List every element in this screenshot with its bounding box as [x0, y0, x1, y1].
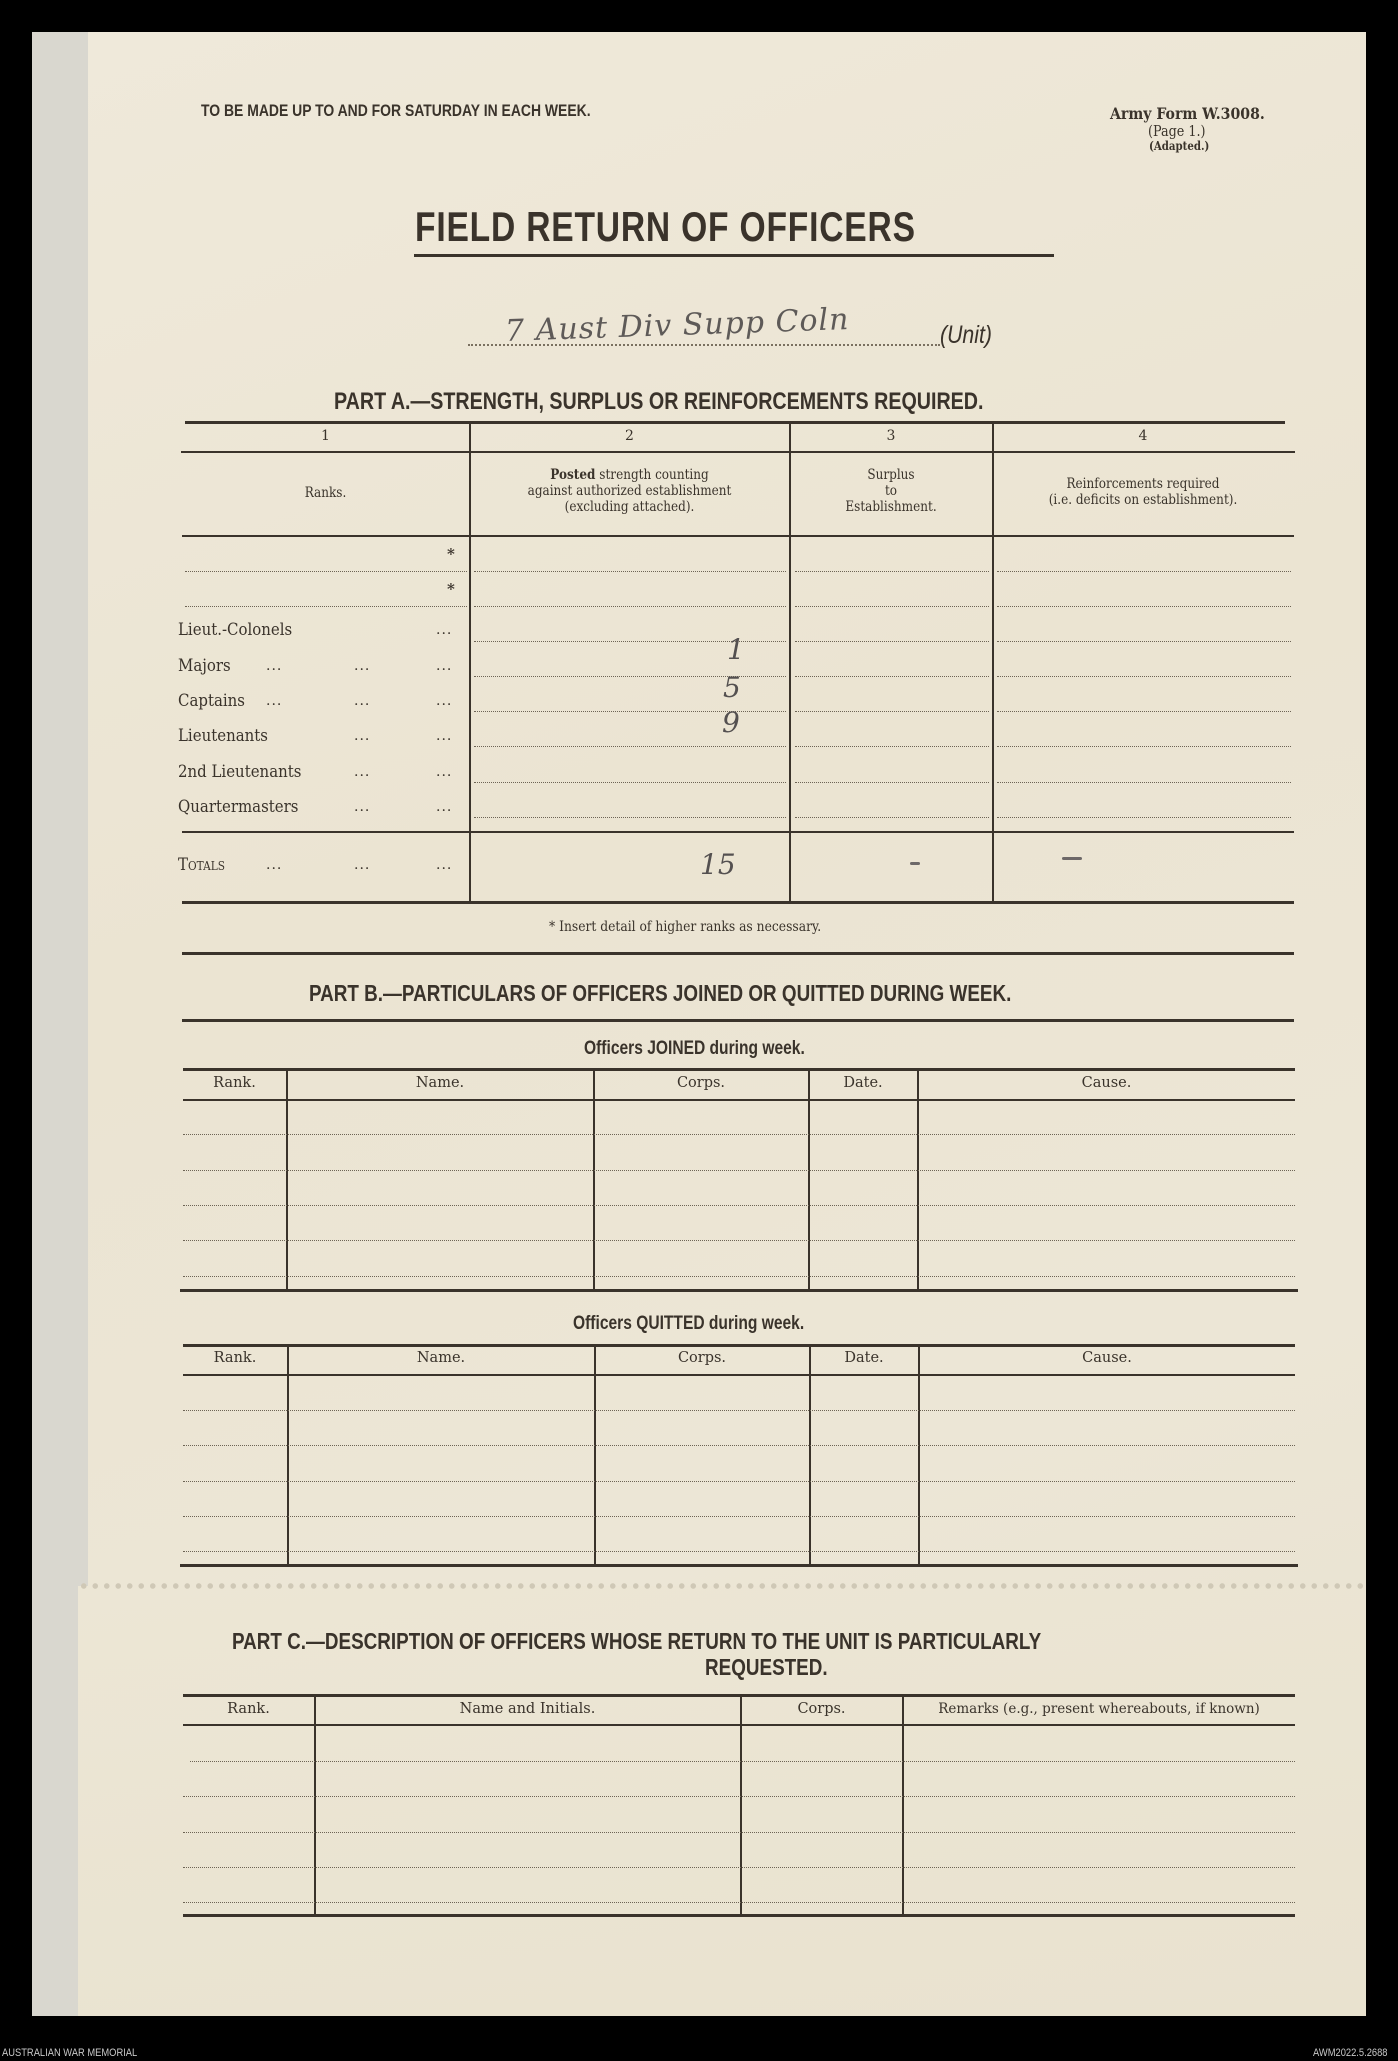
col-header-corps: Corps.: [595, 1350, 809, 1366]
rank-label: Captains: [178, 691, 245, 711]
posted-majors[interactable]: 1: [727, 633, 745, 666]
posted-total[interactable]: 15: [700, 848, 736, 881]
col-number-3: 3: [790, 428, 992, 444]
entry-line[interactable]: [183, 1796, 1295, 1797]
posted-captains[interactable]: 5: [723, 671, 741, 704]
rank-label: 2nd Lieutenants: [178, 762, 301, 782]
col-header-cause: Cause.: [919, 1350, 1295, 1366]
col-header-rank: Rank.: [183, 1350, 287, 1366]
quitted-heading: Officers QUITTED during week.: [573, 1313, 804, 1335]
col-header-rank: Rank.: [183, 1075, 286, 1091]
totals-label: Totals: [178, 855, 225, 875]
col-header-date: Date.: [810, 1350, 918, 1366]
col-header-name-initials: Name and Initials.: [315, 1701, 740, 1717]
rank-label: Majors: [178, 656, 231, 676]
rank-label: Lieut.-Colonels: [178, 620, 292, 640]
reinforcements-total-dash: [1062, 857, 1082, 860]
col-header-corps: Corps.: [741, 1701, 902, 1717]
archive-credit: AUSTRALIAN WAR MEMORIAL: [2, 2047, 137, 2059]
form-adapted-note: (Adapted.): [1149, 139, 1209, 153]
part-a-heading: PART A.—STRENGTH, SURPLUS OR REINFORCEME…: [334, 388, 983, 416]
surplus-total-dash: [910, 862, 920, 865]
part-c-heading-line1: PART C.—DESCRIPTION OF OFFICERS WHOSE RE…: [232, 1628, 1041, 1655]
col-header-cause: Cause.: [918, 1075, 1295, 1091]
entry-line[interactable]: [190, 1761, 1295, 1762]
entry-line[interactable]: [183, 1170, 1295, 1171]
rule: [182, 535, 1294, 537]
entry-line[interactable]: [183, 1134, 1295, 1135]
entry-line[interactable]: [183, 1205, 1295, 1206]
col-header-surplus: Surplus to Establishment.: [804, 467, 978, 515]
entry-line[interactable]: [183, 1240, 1295, 1241]
joined-heading: Officers JOINED during week.: [584, 1038, 805, 1060]
entry-line[interactable]: [183, 1516, 1295, 1517]
unit-field-line: [468, 344, 940, 346]
entry-line[interactable]: [183, 1481, 1295, 1482]
higher-rank-marker: *: [447, 545, 455, 563]
part-c-heading-line2: REQUESTED.: [705, 1654, 828, 1681]
rule: [182, 831, 1294, 833]
archive-id: AWM2022.5.2688: [1313, 2047, 1388, 2059]
top-instruction: TO BE MADE UP TO AND FOR SATURDAY IN EAC…: [201, 101, 591, 121]
part-b-heading: PART B.—PARTICULARS OF OFFICERS JOINED O…: [309, 980, 1011, 1007]
col-header-rank: Rank.: [183, 1701, 314, 1717]
col-header-remarks: Remarks (e.g., present whereabouts, if k…: [903, 1701, 1295, 1717]
col-header-date: Date.: [809, 1075, 917, 1091]
entry-line[interactable]: [183, 1867, 1295, 1868]
page-title: FIELD RETURN OF OFFICERS: [415, 203, 916, 251]
form-page: (Page 1.): [1148, 122, 1205, 140]
entry-line[interactable]: [183, 1445, 1295, 1446]
entry-line[interactable]: [183, 1410, 1295, 1411]
entry-line[interactable]: [183, 1551, 1295, 1552]
col-header-corps: Corps.: [594, 1075, 808, 1091]
rule: [185, 421, 1285, 424]
col-header-name: Name.: [287, 1075, 593, 1091]
col-header-name: Name.: [288, 1350, 594, 1366]
form-number: Army Form W.3008.: [1110, 104, 1265, 123]
entry-line[interactable]: [183, 1902, 1295, 1903]
section-rule: [182, 952, 1294, 955]
rank-label: Lieutenants: [178, 726, 268, 746]
col-divider: [992, 421, 994, 903]
unit-field-label: (Unit): [940, 321, 992, 350]
section-rule: [182, 1019, 1294, 1022]
rule: [182, 901, 1294, 904]
col-number-4: 4: [993, 428, 1293, 444]
rank-label: Quartermasters: [178, 797, 298, 817]
col-number-2: 2: [470, 428, 789, 444]
col-divider: [789, 421, 791, 903]
posted-lieutenants[interactable]: 9: [722, 706, 740, 739]
title-underline: [414, 254, 1054, 257]
higher-rank-marker: *: [447, 580, 455, 598]
col-header-reinforcements: Reinforcements required (i.e. deficits o…: [1014, 476, 1272, 508]
posted-bold: Posted: [550, 467, 595, 483]
entry-line[interactable]: [183, 1276, 1295, 1277]
col-header-posted: Posted strength counting against authori…: [492, 467, 766, 515]
entry-line[interactable]: [183, 1832, 1295, 1833]
perforation-line: [78, 1582, 1366, 1590]
col-number-1: 1: [182, 428, 469, 444]
footnote: * Insert detail of higher ranks as neces…: [549, 919, 821, 935]
rule: [181, 451, 1295, 453]
col-divider: [469, 421, 471, 903]
col-header-ranks: Ranks.: [202, 485, 449, 501]
